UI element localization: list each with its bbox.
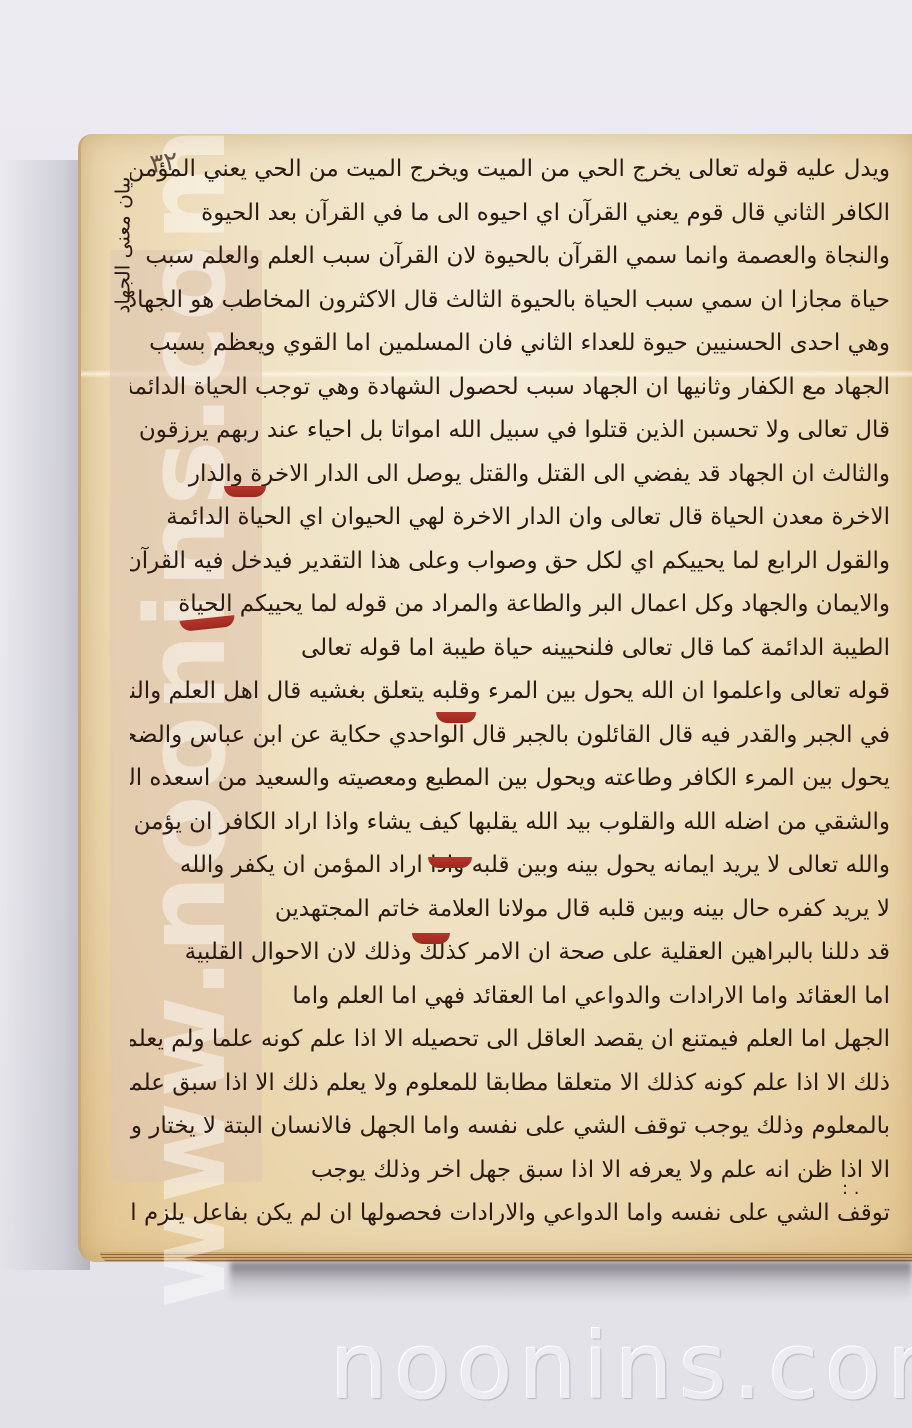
footer-marks: : .: [842, 1178, 860, 1199]
text-line: قد دللنا بالبراهين العقلية على صحة ان ال…: [130, 931, 890, 975]
text-line: توقف الشي على نفسه واما الدواعي والارادا…: [130, 1192, 890, 1236]
text-line: الاخرة معدن الحياة قال تعالى وان الدار ا…: [130, 496, 890, 540]
text-line: حياة مجازا ان سمي سبب الحياة بالحيوة الث…: [130, 279, 890, 323]
rubrication-mark: [428, 857, 472, 868]
text-line: والنجاة والعصمة وانما سمي القرآن بالحيوة…: [130, 235, 890, 279]
text-line: قال تعالى ولا تحسبن الذين قتلوا في سبيل …: [130, 409, 890, 453]
text-line: الطيبة الدائمة كما قال تعالى فلنحيينه حي…: [130, 627, 890, 671]
text-line: ذلك الا اذا علم كونه كذلك الا متعلقا مطا…: [130, 1062, 890, 1106]
rubrication-mark: [436, 712, 476, 723]
text-line: ويدل عليه قوله تعالى يخرج الحي من الميت …: [130, 148, 890, 192]
text-line: لا يريد كفره حال بينه وبين قلبه قال مولا…: [130, 888, 890, 932]
bottom-watermark: noonins.com: [330, 1322, 912, 1412]
text-line: الكافر الثاني قال قوم يعني القرآن اي احي…: [130, 192, 890, 236]
text-line: الجهاد مع الكفار وثانيها ان الجهاد سبب ل…: [130, 366, 890, 410]
text-line: وهي احدى الحسنيين حيوة للعداء الثاني فان…: [130, 322, 890, 366]
text-line: بالمعلوم وذلك يوجب توقف الشي على نفسه وا…: [130, 1105, 890, 1149]
text-line: في الجبر والقدر فيه قال القائلون بالجبر …: [130, 714, 890, 758]
text-line: الا اذا ظن انه علم ولا يعرفه الا اذا سبق…: [130, 1149, 890, 1193]
text-line: والقول الرابع لما يحييكم اي لكل حق وصواب…: [130, 540, 890, 584]
text-line: والشقي من اضله الله والقلوب بيد الله يقل…: [130, 801, 890, 845]
rubrication-mark: [412, 933, 450, 944]
text-line: قوله تعالى واعلموا ان الله يحول بين المر…: [130, 670, 890, 714]
text-line: اما العقائد واما الارادات والدواعي اما ا…: [130, 975, 890, 1019]
page-shadow-bottom: [230, 1262, 912, 1302]
page-shadow-left: [0, 160, 90, 1270]
manuscript-text: ويدل عليه قوله تعالى يخرج الحي من الميت …: [130, 148, 890, 1236]
text-line: والله تعالى لا يريد ايمانه يحول بينه وبي…: [130, 844, 890, 888]
text-line: والايمان والجهاد وكل اعمال البر والطاعة …: [130, 583, 890, 627]
text-line: الجهل اما العلم فيمتنع ان يقصد العاقل ال…: [130, 1018, 890, 1062]
text-line: يحول بين المرء الكافر وطاعته ويحول بين ا…: [130, 757, 890, 801]
rubrication-mark: [224, 486, 266, 497]
